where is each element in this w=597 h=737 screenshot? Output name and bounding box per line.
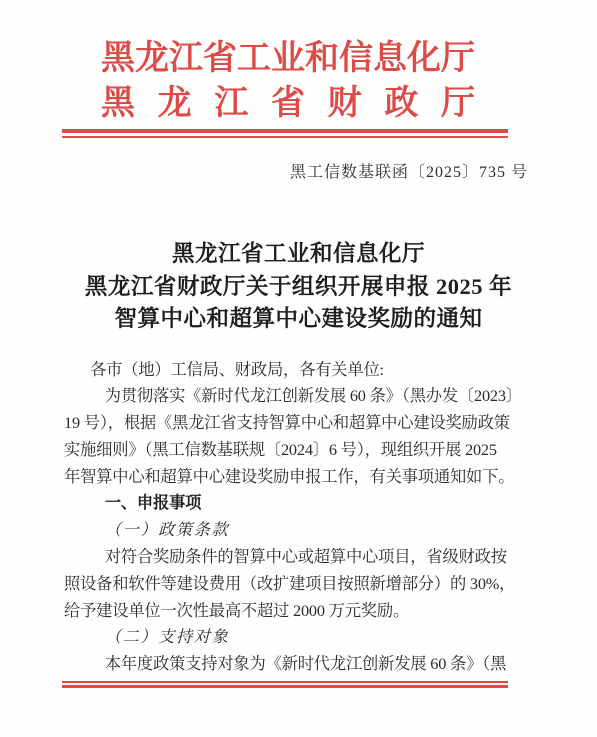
- document-number: 黑工信数基联函〔2025〕735 号: [62, 162, 528, 184]
- section-heading-level-1: 一、申报事项: [64, 490, 549, 517]
- body-line: 照设备和软件等建设费用（改扩建项目按照新增部分）的 30%，: [64, 571, 549, 598]
- section-heading-level-2: （二）支持对象: [64, 624, 549, 651]
- salutation: 各市（地）工信局、财政局，各有关单位:: [64, 357, 549, 384]
- title-line-1: 黑龙江省工业和信息化厅: [0, 238, 597, 271]
- body-line: 年智算中心和超算中心建设奖励申报工作，有关事项通知如下。: [64, 464, 549, 491]
- body-line: 给予建设单位一次性最高不超过 2000 万元奖励。: [64, 598, 549, 625]
- title-line-2: 黑龙江省财政厅关于组织开展申报 2025 年: [0, 271, 597, 304]
- footer-divider: [62, 681, 508, 688]
- body-line: 为贯彻落实《新时代龙江创新发展 60 条》（黑办发〔2023〕: [64, 383, 549, 410]
- letterhead-divider: [62, 129, 508, 138]
- letterhead: 黑龙江省工业和信息化厅 黑龙江省财政厅 黑工信数基联函〔2025〕735 号: [0, 36, 597, 184]
- body-line: 19 号），根据《黑龙江省支持智算中心和超算中心建设奖励政策: [64, 410, 549, 437]
- section-heading-level-2: （一）政策条款: [64, 517, 549, 544]
- body-line: 对符合奖励条件的智算中心或超算中心项目，省级财政按: [64, 544, 549, 571]
- document-title: 黑龙江省工业和信息化厅 黑龙江省财政厅关于组织开展申报 2025 年 智算中心和…: [0, 238, 597, 336]
- title-line-3: 智算中心和超算中心建设奖励的通知: [0, 303, 597, 336]
- divider-thick-line: [62, 685, 508, 688]
- body-line: 实施细则》（黑工信数基联规〔2024〕6 号），现组织开展 2025: [64, 437, 549, 464]
- agency-name-primary: 黑龙江省工业和信息化厅: [101, 36, 475, 82]
- body-line: 本年度政策支持对象为《新时代龙江创新发展 60 条》（黑: [64, 651, 549, 678]
- document-page: 黑龙江省工业和信息化厅 黑龙江省财政厅 黑工信数基联函〔2025〕735 号 黑…: [0, 0, 597, 737]
- divider-thin-line: [62, 136, 508, 138]
- agency-name-secondary: 黑龙江省财政厅: [101, 82, 475, 126]
- document-body: 各市（地）工信局、财政局，各有关单位: 为贯彻落实《新时代龙江创新发展 60 条…: [64, 357, 549, 679]
